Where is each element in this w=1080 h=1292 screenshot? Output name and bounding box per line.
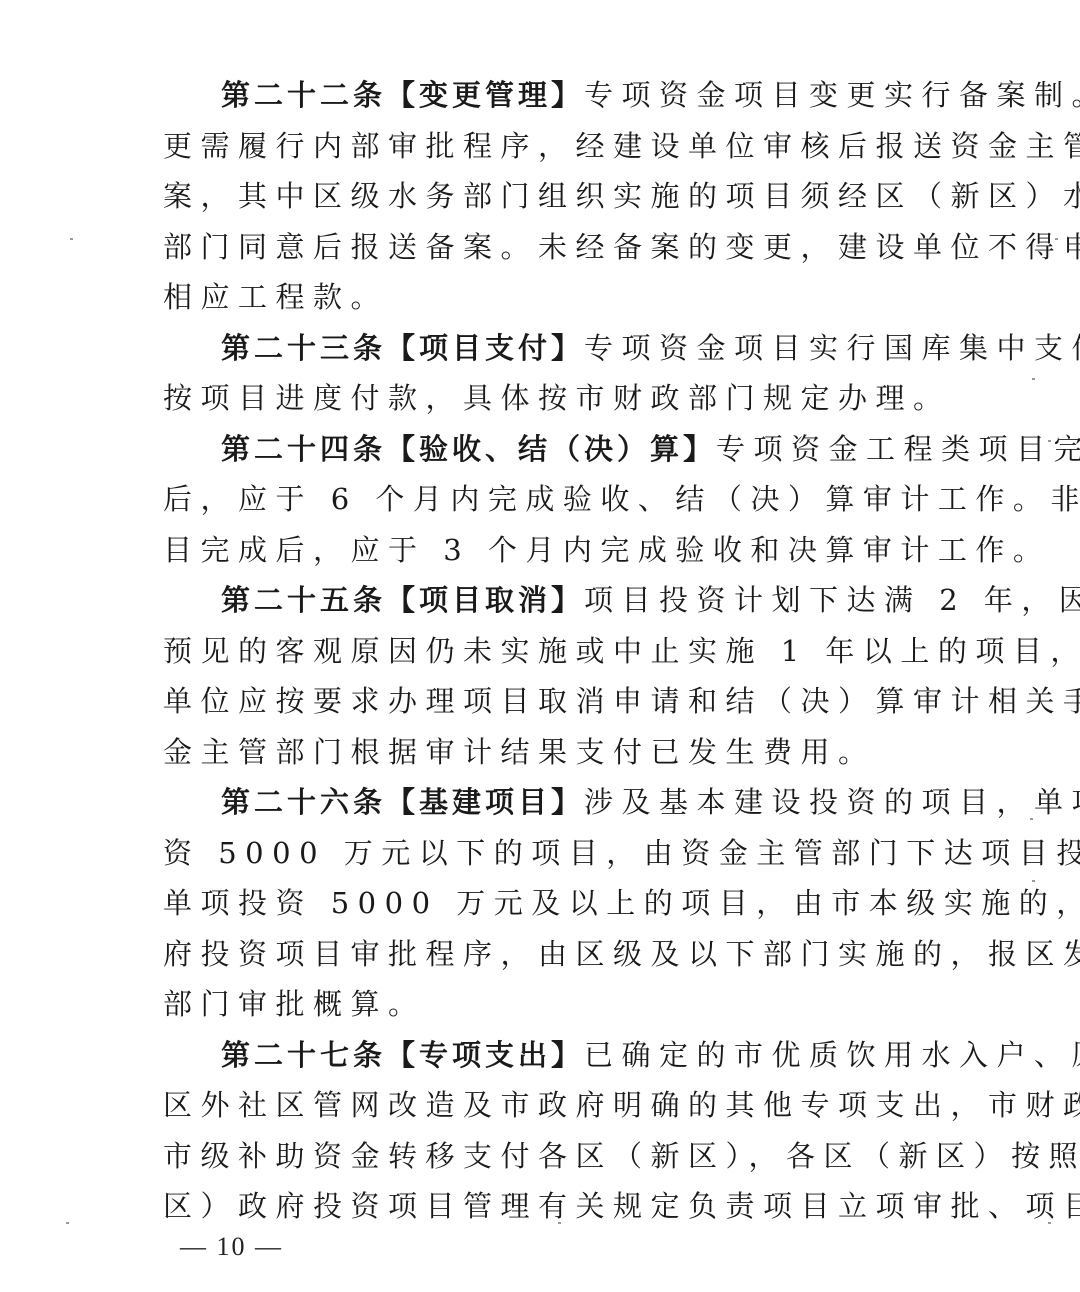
scan-speck bbox=[558, 1222, 561, 1224]
article-27-heading: 第二十七条【专项支出】 bbox=[221, 1038, 584, 1072]
document-page: 第二十二条【变更管理】专项资金项目变更实行备案制。变 更需履行内部审批程序，经建… bbox=[163, 70, 963, 1232]
article-24-heading: 第二十四条【验收、结（决）算】 bbox=[221, 432, 716, 466]
article-26-heading: 第二十六条【基建项目】 bbox=[221, 785, 584, 819]
article-25-line-3: 单位应按要求办理项目取消申请和结（决）算审计相关手续，资 bbox=[163, 676, 963, 727]
article-25-line-1: 第二十五条【项目取消】项目投资计划下达满 2 年，因不可 bbox=[163, 575, 963, 626]
scan-speck bbox=[66, 1222, 69, 1224]
scan-speck bbox=[1048, 440, 1051, 442]
article-25-heading: 第二十五条【项目取消】 bbox=[221, 583, 584, 617]
article-24-line-1: 第二十四条【验收、结（决）算】专项资金工程类项目完工 bbox=[163, 424, 963, 475]
article-22-line-2: 更需履行内部审批程序，经建设单位审核后报送资金主管部门备 bbox=[163, 121, 963, 172]
page-number: — 10 — bbox=[180, 1232, 283, 1262]
article-26-line-2: 资 5000 万元以下的项目，由资金主管部门下达项目投资计划； bbox=[163, 828, 963, 879]
scan-speck bbox=[1048, 1222, 1051, 1224]
article-27-line-3: 市级补助资金转移支付各区（新区），各区（新区）按照各区（新 bbox=[163, 1131, 963, 1182]
article-25-line-4: 金主管部门根据审计结果支付已发生费用。 bbox=[163, 727, 963, 778]
article-22-line-5: 相应工程款。 bbox=[163, 272, 963, 323]
article-27-line-4: 区）政府投资项目管理有关规定负责项目立项审批、项目实施、 bbox=[163, 1181, 963, 1232]
article-26-line-4: 府投资项目审批程序，由区级及以下部门实施的，报区发展改革 bbox=[163, 929, 963, 980]
scan-speck bbox=[1055, 238, 1058, 240]
article-22-line-4: 部门同意后报送备案。未经备案的变更，建设单位不得申请支付 bbox=[163, 222, 963, 273]
scan-speck bbox=[1032, 378, 1035, 380]
article-26-line-5: 部门审批概算。 bbox=[163, 979, 963, 1030]
article-26-line-3: 单项投资 5000 万元及以上的项目，由市本级实施的，履行市政 bbox=[163, 878, 963, 929]
article-22-heading: 第二十二条【变更管理】 bbox=[221, 78, 584, 112]
article-22-line-1: 第二十二条【变更管理】专项资金项目变更实行备案制。变 bbox=[163, 70, 963, 121]
article-26-line-1: 第二十六条【基建项目】涉及基本建设投资的项目，单项投 bbox=[163, 777, 963, 828]
article-23-line-2: 按项目进度付款，具体按市财政部门规定办理。 bbox=[163, 373, 963, 424]
article-22-line-3: 案，其中区级水务部门组织实施的项目须经区（新区）水务主管 bbox=[163, 171, 963, 222]
article-24-line-3: 目完成后，应于 3 个月内完成验收和决算审计工作。 bbox=[163, 525, 963, 576]
article-23-line-1: 第二十三条【项目支付】专项资金项目实行国库集中支付， bbox=[163, 323, 963, 374]
article-24-line-2: 后，应于 6 个月内完成验收、结（决）算审计工作。非工程类项 bbox=[163, 474, 963, 525]
scan-speck bbox=[1030, 818, 1033, 820]
scan-speck bbox=[70, 238, 73, 240]
article-23-heading: 第二十三条【项目支付】 bbox=[221, 331, 584, 365]
article-25-line-2: 预见的客观原因仍未实施或中止实施 1 年以上的项目，资金使用 bbox=[163, 626, 963, 677]
scan-speck bbox=[1032, 880, 1035, 882]
article-27-line-2: 区外社区管网改造及市政府明确的其他专项支出，市财政部门将 bbox=[163, 1080, 963, 1131]
article-27-line-1: 第二十七条【专项支出】已确定的市优质饮用水入户、原特 bbox=[163, 1030, 963, 1081]
